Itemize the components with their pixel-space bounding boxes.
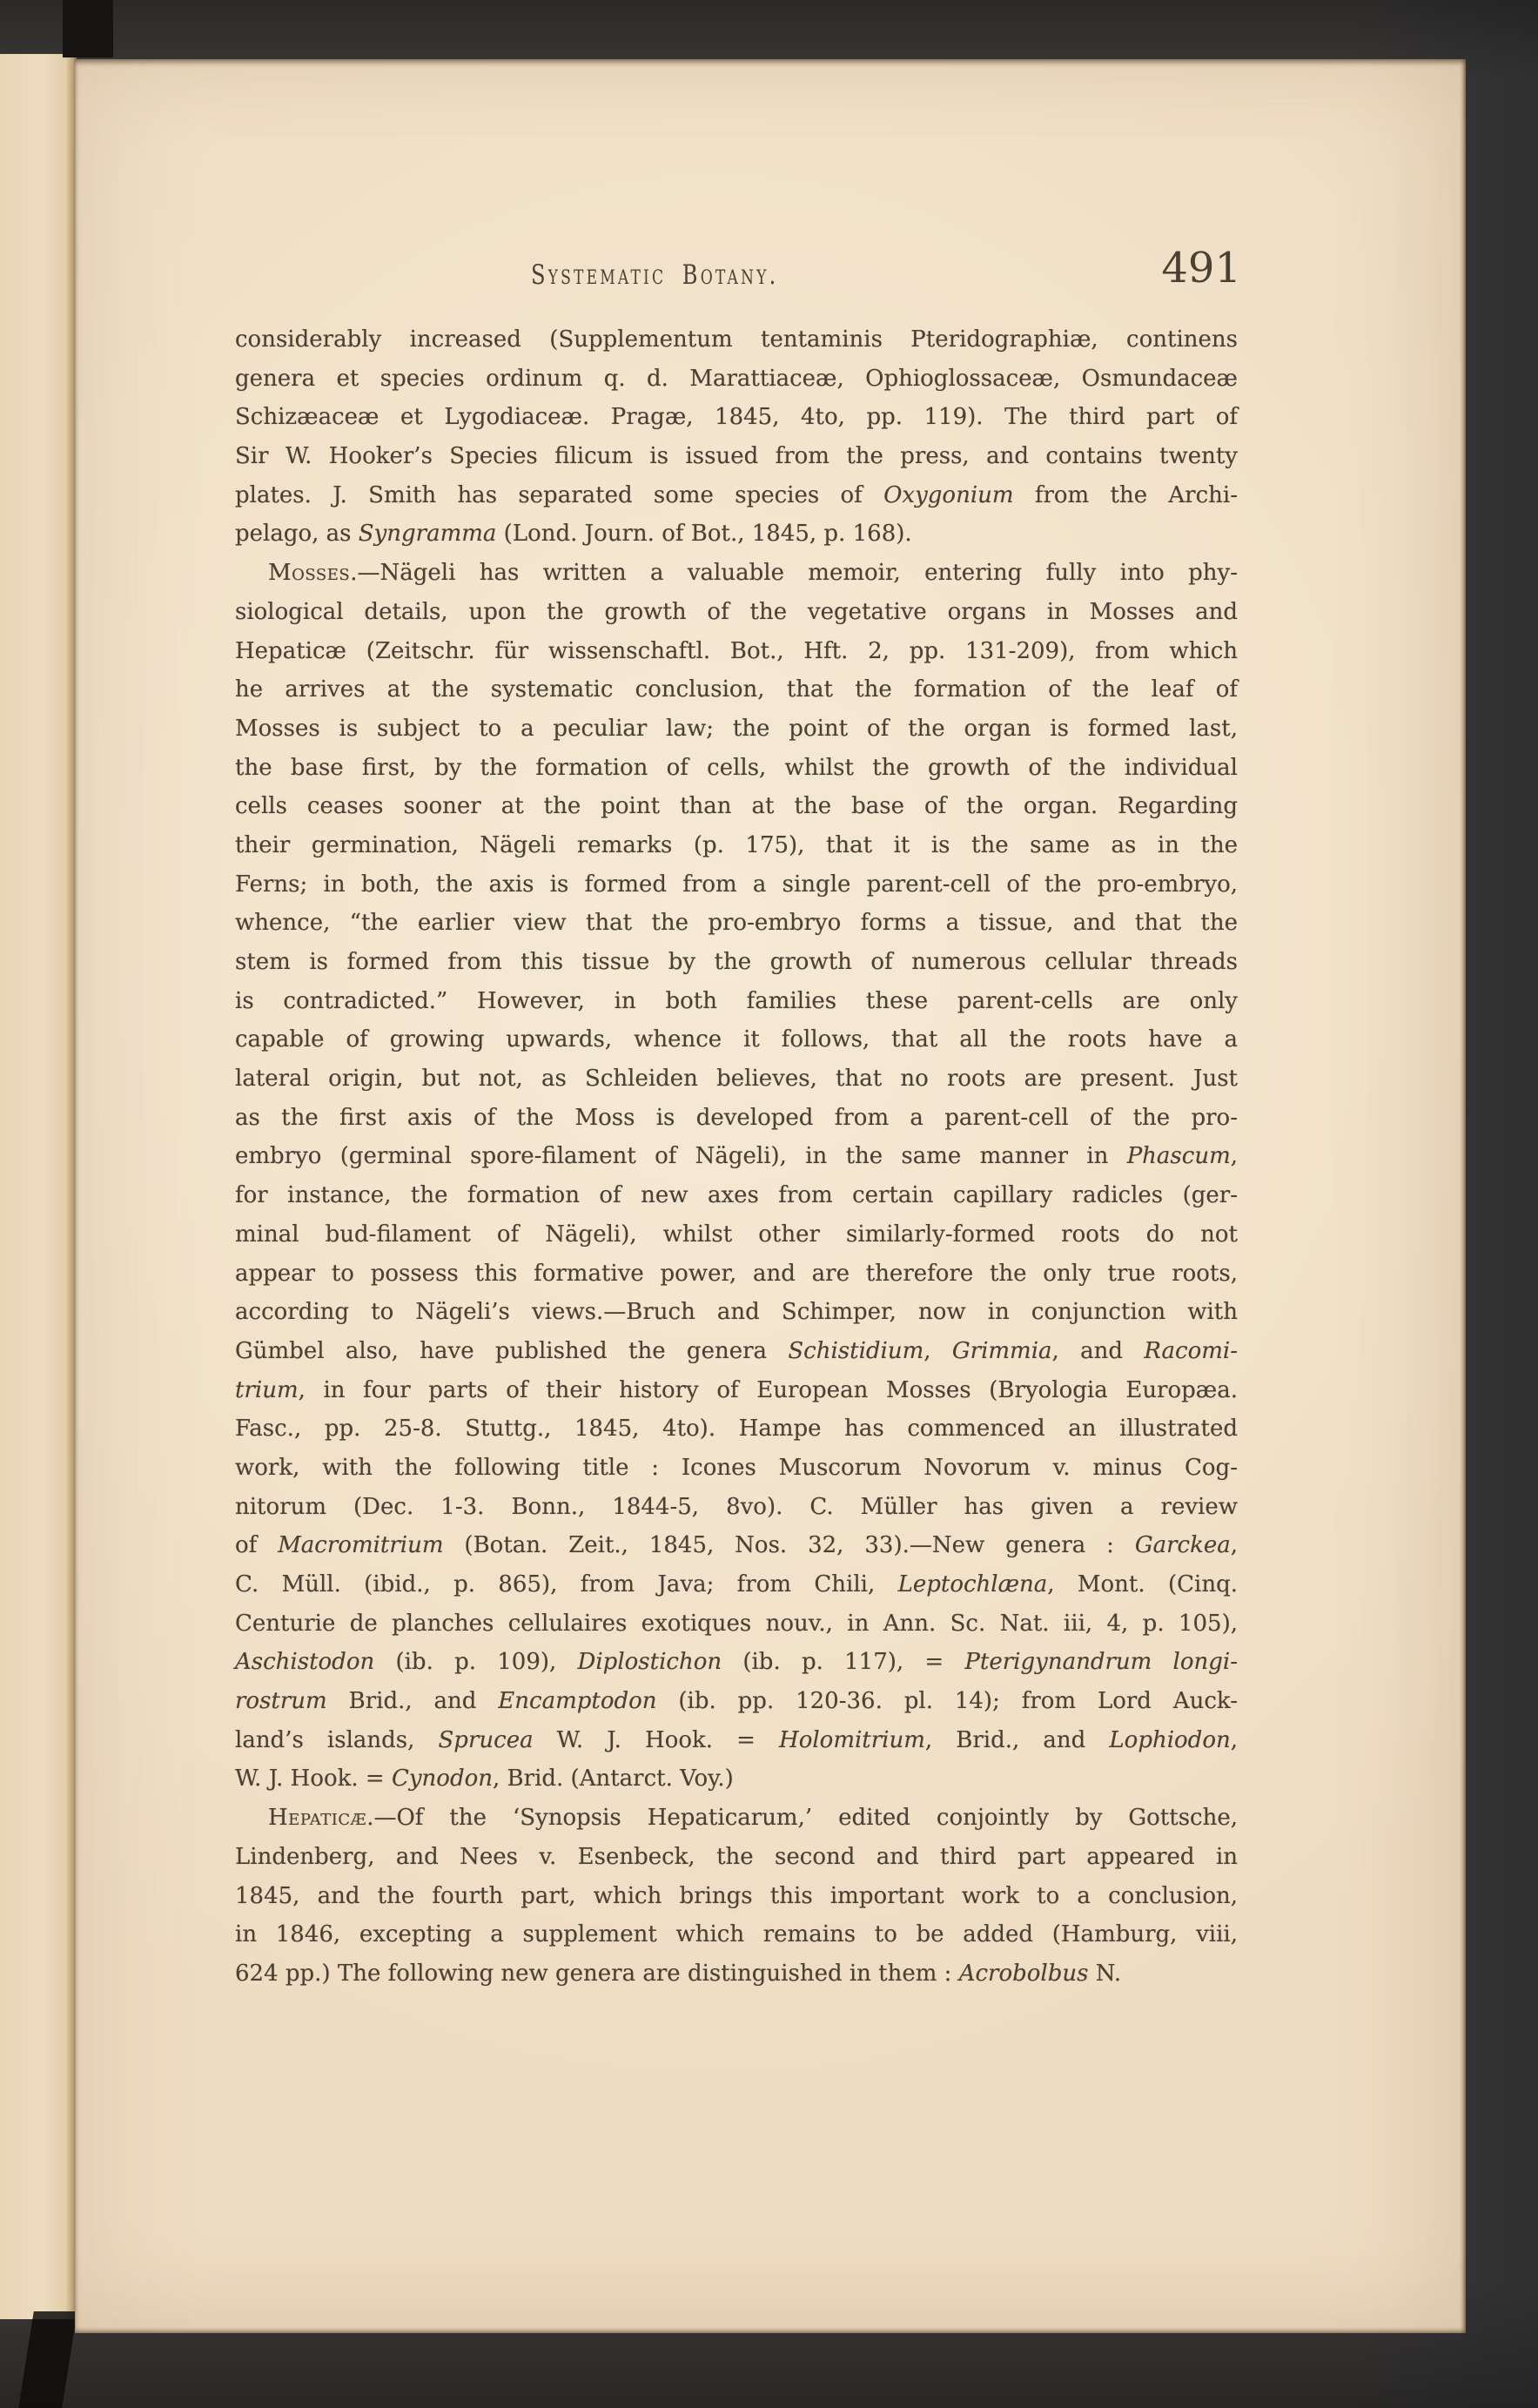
text-line: lateral origin, but not, as Schleiden be…: [235, 1059, 1238, 1099]
paragraph: considerably increased (Supplementum ten…: [235, 320, 1238, 554]
text-line: W. J. Hook. = Cynodon, Brid. (Antarct. V…: [235, 1759, 1238, 1799]
text-line: work, with the following title : Icones …: [235, 1449, 1238, 1488]
gutter-shadow-notch: [18, 2311, 77, 2408]
text-line: considerably increased (Supplementum ten…: [235, 320, 1238, 360]
text-line: Ferns; in both, the axis is formed from …: [235, 865, 1238, 905]
text-segment: Aschistodon: [235, 1649, 374, 1675]
text-line: their germination, Nägeli remarks (p. 17…: [235, 826, 1238, 865]
text-line: is contradicted.” However, in both famil…: [235, 982, 1238, 1021]
text-segment: W. J. Hook. =: [235, 1766, 392, 1792]
text-segment: Grimmia: [952, 1338, 1052, 1364]
text-segment: 1845, and the fourth part, which brings …: [235, 1883, 1238, 1909]
text-line: siological details, upon the growth of t…: [235, 593, 1238, 632]
text-segment: Pterigynandrum longi-: [964, 1649, 1238, 1675]
text-segment: (ib. p. 109),: [374, 1649, 577, 1675]
text-line: Schizæaceæ et Lygodiaceæ. Pragæ, 1845, 4…: [235, 398, 1238, 437]
text-segment: lateral origin, but not, as Schleiden be…: [235, 1066, 1238, 1092]
text-line: according to Nägeli’s views.—Bruch and S…: [235, 1293, 1238, 1332]
text-segment: Schistidium: [788, 1338, 923, 1364]
text-line: appear to possess this formative power, …: [235, 1254, 1238, 1294]
text-segment: minal bud-filament of Nägeli), whilst ot…: [235, 1221, 1238, 1248]
text-line: Fasc., pp. 25-8. Stuttg., 1845, 4to). Ha…: [235, 1409, 1238, 1449]
text-segment: whence, “the earlier view that the pro-e…: [235, 910, 1238, 936]
text-segment: as the first axis of the Moss is develop…: [235, 1105, 1238, 1131]
text-segment: Garckea: [1135, 1532, 1231, 1558]
text-segment: work, with the following title : Icones …: [235, 1455, 1238, 1481]
text-segment: Brid., and: [327, 1688, 499, 1714]
text-segment: Centurie de planches cellulaires exotiqu…: [235, 1611, 1238, 1637]
text-segment: in 1846, excepting a supplement which re…: [235, 1921, 1238, 1947]
text-line: Gümbel also, have published the genera S…: [235, 1332, 1238, 1371]
text-segment: Schizæaceæ et Lygodiaceæ. Pragæ, 1845, 4…: [235, 404, 1238, 430]
text-segment: Sir W. Hooker’s Species filicum is issue…: [235, 443, 1238, 469]
text-segment: for instance, the formation of new axes …: [235, 1182, 1238, 1208]
text-segment: their germination, Nägeli remarks (p. 17…: [235, 832, 1238, 858]
text-segment: according to Nägeli’s views.—Bruch and S…: [235, 1299, 1238, 1325]
text-line: Sir W. Hooker’s Species filicum is issue…: [235, 437, 1238, 476]
text-line: 1845, and the fourth part, which brings …: [235, 1877, 1238, 1916]
text-segment: Macromitrium: [278, 1532, 443, 1558]
text-segment: W. J. Hook. =: [534, 1727, 779, 1753]
text-segment: Diplostichon: [578, 1649, 722, 1675]
text-segment: , Brid., and: [925, 1727, 1110, 1753]
text-segment: .—Of the ‘Synopsis Hepaticarum,’ edited …: [366, 1805, 1238, 1831]
text-segment: Oxygonium: [883, 482, 1013, 508]
text-segment: he arrives at the systematic conclusion,…: [235, 676, 1238, 703]
text-line: Hepaticæ.—Of the ‘Synopsis Hepaticarum,’…: [235, 1799, 1238, 1838]
text-segment: capable of growing upwards, whence it fo…: [235, 1026, 1238, 1053]
text-line: plates. J. Smith has separated some spec…: [235, 476, 1238, 515]
text-segment: Acrobolbus: [959, 1961, 1089, 1987]
underlying-page-edge: [0, 54, 77, 2319]
text-line: 624 pp.) The following new genera are di…: [235, 1954, 1238, 1994]
text-line: cells ceases sooner at the point than at…: [235, 787, 1238, 826]
text-segment: of: [235, 1532, 278, 1558]
text-segment: C. Müll. (ibid., p. 865), from Java; fro…: [235, 1571, 898, 1597]
text-segment: the base first, by the formation of cell…: [235, 755, 1238, 781]
text-line: Mosses.—Nägeli has written a valuable me…: [235, 554, 1238, 593]
text-segment: is contradicted.” However, in both famil…: [235, 988, 1238, 1014]
text-segment: Cynodon: [392, 1766, 493, 1792]
binding-ribbon: [63, 0, 113, 57]
text-segment: trium: [235, 1377, 299, 1403]
text-segment: (Botan. Zeit., 1845, Nos. 32, 33).—New g…: [444, 1532, 1135, 1558]
paragraph: Hepaticæ.—Of the ‘Synopsis Hepaticarum,’…: [235, 1799, 1238, 1993]
text-segment: Hepaticæ (Zeitschr. für wissenschaftl. B…: [235, 638, 1238, 664]
text-segment: , Brid. (Antarct. Voy.): [493, 1766, 734, 1792]
text-segment: Encamptodon: [498, 1688, 656, 1714]
text-line: Lindenberg, and Nees v. Esenbeck, the se…: [235, 1838, 1238, 1877]
text-segment: siological details, upon the growth of t…: [235, 599, 1238, 625]
paragraph: Mosses.—Nägeli has written a valuable me…: [235, 554, 1238, 1799]
text-line: of Macromitrium (Botan. Zeit., 1845, Nos…: [235, 1526, 1238, 1565]
text-segment: ,: [1231, 1532, 1238, 1558]
text-segment: cells ceases sooner at the point than at…: [235, 793, 1238, 819]
text-segment: Phascum: [1127, 1143, 1231, 1169]
text-line: trium, in four parts of their history of…: [235, 1371, 1238, 1410]
text-segment: Hepaticæ: [268, 1805, 366, 1831]
text-line: stem is formed from this tissue by the g…: [235, 943, 1238, 982]
text-segment: plates. J. Smith has separated some spec…: [235, 482, 883, 508]
text-segment: Racomi-: [1144, 1338, 1238, 1364]
text-line: as the first axis of the Moss is develop…: [235, 1099, 1238, 1138]
text-segment: ,: [923, 1338, 952, 1364]
text-line: C. Müll. (ibid., p. 865), from Java; fro…: [235, 1565, 1238, 1604]
text-line: genera et species ordinum q. d. Marattia…: [235, 360, 1238, 399]
text-line: the base first, by the formation of cell…: [235, 749, 1238, 788]
text-line: capable of growing upwards, whence it fo…: [235, 1020, 1238, 1059]
text-segment: Lophiodon: [1109, 1727, 1230, 1753]
text-block: considerably increased (Supplementum ten…: [235, 320, 1238, 1994]
text-line: Mosses is subject to a peculiar law; the…: [235, 710, 1238, 749]
text-line: pelago, as Syngramma (Lond. Journ. of Bo…: [235, 515, 1238, 554]
text-segment: appear to possess this formative power, …: [235, 1261, 1238, 1287]
text-segment: Mosses is subject to a peculiar law; the…: [235, 716, 1238, 742]
text-segment: rostrum: [235, 1688, 327, 1714]
text-segment: genera et species ordinum q. d. Marattia…: [235, 366, 1238, 392]
text-segment: , Mont. (Cinq.: [1047, 1571, 1238, 1597]
text-line: Centurie de planches cellulaires exotiqu…: [235, 1604, 1238, 1644]
text-segment: N.: [1088, 1961, 1121, 1987]
text-line: embryo (germinal spore-filament of Nägel…: [235, 1137, 1238, 1176]
text-segment: Holomitrium: [779, 1727, 925, 1753]
text-segment: , in four parts of their history of Euro…: [299, 1377, 1238, 1403]
text-segment: Fasc., pp. 25-8. Stuttg., 1845, 4to). Ha…: [235, 1416, 1238, 1442]
text-segment: .—Nägeli has written a valuable memoir, …: [350, 560, 1238, 586]
text-line: nitorum (Dec. 1-3. Bonn., 1844-5, 8vo). …: [235, 1488, 1238, 1527]
text-segment: (Lond. Journ. of Bot., 1845, p. 168).: [496, 521, 911, 547]
text-segment: ,: [1231, 1143, 1238, 1169]
text-segment: Gümbel also, have published the genera: [235, 1338, 788, 1364]
text-line: land’s islands, Sprucea W. J. Hook. = Ho…: [235, 1721, 1238, 1760]
text-segment: Sprucea: [439, 1727, 534, 1753]
text-segment: Lindenberg, and Nees v. Esenbeck, the se…: [235, 1844, 1238, 1870]
text-line: whence, “the earlier view that the pro-e…: [235, 904, 1238, 943]
text-line: in 1846, excepting a supplement which re…: [235, 1915, 1238, 1954]
scan-background: Systematic Botany. 491 considerably incr…: [0, 0, 1538, 2408]
text-line: minal bud-filament of Nägeli), whilst ot…: [235, 1215, 1238, 1254]
page-title: Systematic Botany.: [531, 259, 778, 291]
text-segment: Syngramma: [359, 521, 497, 547]
text-segment: pelago, as: [235, 521, 359, 547]
page-number: 491: [1145, 244, 1241, 293]
text-line: Hepaticæ (Zeitschr. für wissenschaftl. B…: [235, 632, 1238, 671]
text-segment: Leptochlæna: [898, 1571, 1048, 1597]
text-segment: considerably increased (Supplementum ten…: [235, 326, 1238, 353]
text-segment: (ib. pp. 120-36. pl. 14); from Lord Auck…: [657, 1688, 1238, 1714]
text-segment: (ib. p. 117), =: [722, 1649, 964, 1675]
text-segment: nitorum (Dec. 1-3. Bonn., 1844-5, 8vo). …: [235, 1494, 1238, 1520]
text-segment: land’s islands,: [235, 1727, 439, 1753]
text-segment: Ferns; in both, the axis is formed from …: [235, 871, 1238, 898]
text-line: rostrum Brid., and Encamptodon (ib. pp. …: [235, 1682, 1238, 1721]
text-segment: , and: [1052, 1338, 1145, 1364]
text-segment: from the Archi-: [1014, 482, 1238, 508]
text-line: for instance, the formation of new axes …: [235, 1176, 1238, 1215]
text-line: Aschistodon (ib. p. 109), Diplostichon (…: [235, 1643, 1238, 1682]
text-line: he arrives at the systematic conclusion,…: [235, 670, 1238, 710]
text-segment: stem is formed from this tissue by the g…: [235, 949, 1238, 975]
text-segment: 624 pp.) The following new genera are di…: [235, 1961, 959, 1987]
text-segment: embryo (germinal spore-filament of Nägel…: [235, 1143, 1127, 1169]
text-segment: Mosses: [268, 560, 350, 586]
text-segment: ,: [1231, 1727, 1238, 1753]
book-page: Systematic Botany. 491 considerably incr…: [75, 59, 1466, 2333]
